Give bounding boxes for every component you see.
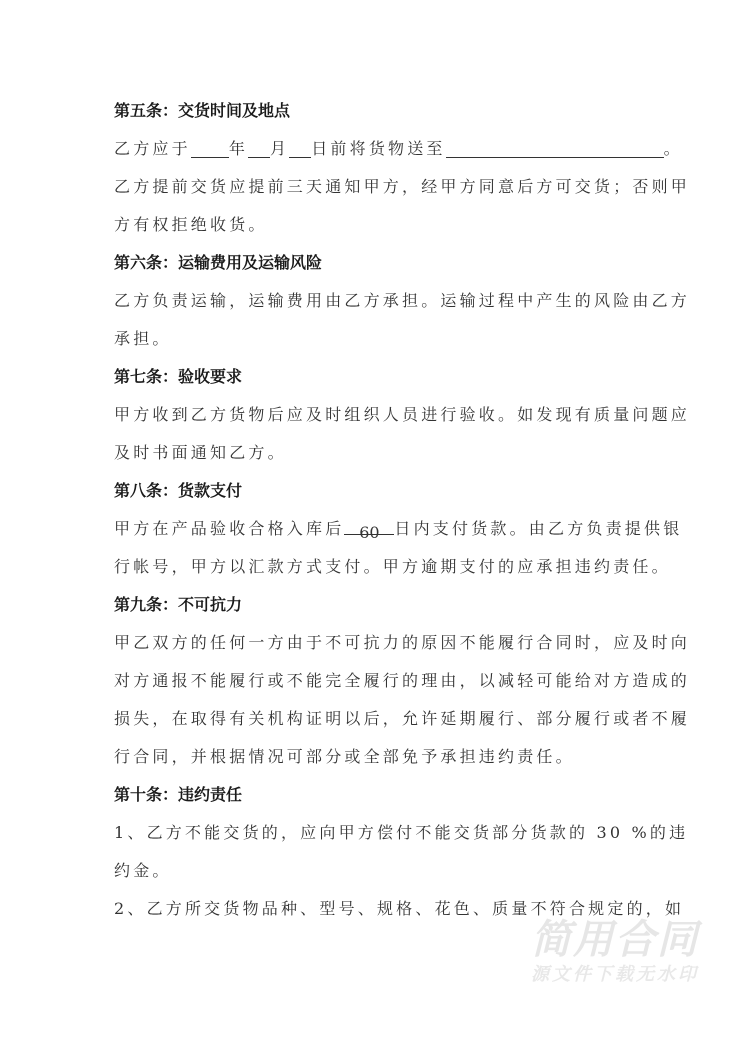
paragraph-line: 乙方提前交货应提前三天通知甲方，经甲方同意后方可交货；否则甲 — [114, 168, 634, 206]
text-segment: 日前将货物送至 — [311, 139, 445, 158]
blank-delivery-location-field[interactable] — [446, 137, 664, 158]
paragraph-line: 约金。 — [114, 852, 634, 890]
section-heading-5: 第五条：交货时间及地点 — [114, 92, 634, 130]
text-segment: 年 — [229, 139, 248, 158]
paragraph-line: 乙方负责运输，运输费用由乙方承担。运输过程中产生的风险由乙方 — [114, 282, 634, 320]
payment-days-field[interactable]: 60 — [344, 514, 394, 535]
paragraph-line: 1、乙方不能交货的，应向甲方偿付不能交货部分货款的 30 %的违 — [114, 814, 634, 852]
paragraph-delivery-date: 乙方应于年月日前将货物送至。 — [114, 130, 634, 168]
paragraph-line: 甲乙双方的任何一方由于不可抗力的原因不能履行合同时，应及时向 — [114, 624, 634, 662]
paragraph-line: 对方通报不能履行或不能完全履行的理由，以减轻可能给对方造成的 — [114, 662, 634, 700]
paragraph-line: 损失，在取得有关机构证明以后，允许延期履行、部分履行或者不履 — [114, 700, 634, 738]
document-body: 第五条：交货时间及地点 乙方应于年月日前将货物送至。 乙方提前交货应提前三天通知… — [114, 92, 634, 928]
watermark: 简用合同 源文件下载无水印 — [510, 918, 720, 988]
section-heading-8: 第八条：货款支付 — [114, 472, 634, 510]
paragraph-line: 行合同，并根据情况可部分或全部免予承担违约责任。 — [114, 738, 634, 776]
section-heading-6: 第六条：运输费用及运输风险 — [114, 244, 634, 282]
text-segment: 月 — [270, 139, 289, 158]
blank-year-field[interactable] — [191, 137, 229, 158]
blank-month-field[interactable] — [248, 137, 270, 158]
paragraph-payment-terms: 甲方在产品验收合格入库后60日内支付货款。由乙方负责提供银 — [114, 510, 634, 548]
section-heading-10: 第十条：违约责任 — [114, 776, 634, 814]
paragraph-line: 甲方收到乙方货物后应及时组织人员进行验收。如发现有质量问题应 — [114, 396, 634, 434]
paragraph-line: 行帐号，甲方以汇款方式支付。甲方逾期支付的应承担违约责任。 — [114, 548, 634, 586]
paragraph-line: 方有权拒绝收货。 — [114, 206, 634, 244]
document-page: 第五条：交货时间及地点 乙方应于年月日前将货物送至。 乙方提前交货应提前三天通知… — [0, 0, 742, 1049]
section-heading-7: 第七条：验收要求 — [114, 358, 634, 396]
paragraph-line: 2、乙方所交货物品种、型号、规格、花色、质量不符合规定的，如 — [114, 890, 634, 928]
text-segment: 日内支付货款。由乙方负责提供银 — [394, 519, 682, 538]
text-segment: 乙方应于 — [114, 139, 191, 158]
watermark-tagline: 源文件下载无水印 — [510, 962, 720, 988]
paragraph-line: 承担。 — [114, 320, 634, 358]
paragraph-line: 及时书面通知乙方。 — [114, 434, 634, 472]
text-segment: 。 — [664, 139, 683, 158]
blank-day-field[interactable] — [289, 137, 311, 158]
text-segment: 甲方在产品验收合格入库后 — [114, 519, 344, 538]
section-heading-9: 第九条：不可抗力 — [114, 586, 634, 624]
